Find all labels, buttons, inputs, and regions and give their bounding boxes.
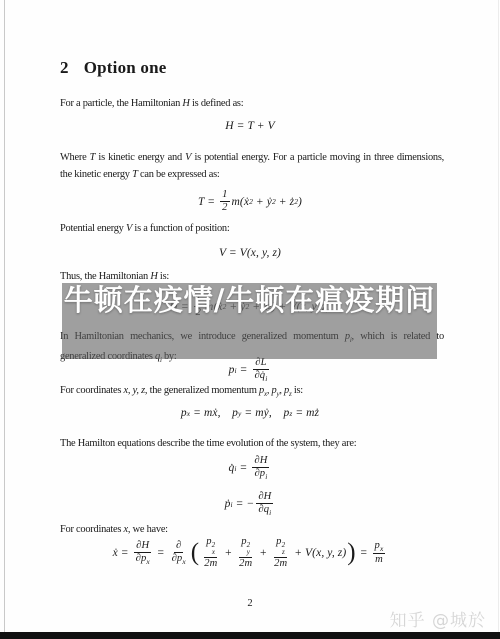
equation-hamiltonian-definition: H = T + V bbox=[58, 120, 442, 132]
watermark-overlay-text: 牛顿在疫情/牛顿在瘟疫期间 bbox=[62, 283, 437, 316]
section-number: 2 bbox=[60, 58, 69, 77]
section-heading: 2Option one bbox=[60, 59, 166, 77]
paragraph-potential-energy: Potential energy V is a function of posi… bbox=[60, 221, 444, 238]
equation-hamilton-qdot: q̇i = ∂H∂pi bbox=[58, 455, 442, 482]
equation-potential-energy: V = V(x, y, z) bbox=[58, 247, 442, 259]
paragraph-hamiltonian-intro: For a particle, the Hamiltonian H is def… bbox=[60, 96, 444, 113]
paragraph-coordinates-momentum: For coordinates x, y, z, the generalized… bbox=[60, 383, 444, 403]
bottom-black-bar bbox=[0, 632, 500, 639]
equation-kinetic-energy: T = 12m(ẋ2 + ẏ2 + ż2) bbox=[58, 189, 442, 214]
zhihu-watermark: 知乎 @城於 bbox=[390, 606, 486, 631]
page-right-edge-line bbox=[498, 0, 499, 639]
equation-hamilton-pdot: ṗi = −∂H∂qi bbox=[58, 491, 442, 518]
paragraph-kinetic-energy: Where T is kinetic energy and V is poten… bbox=[60, 150, 444, 183]
equation-generalized-momentum: pi = ∂L∂q̇i bbox=[58, 357, 442, 384]
paragraph-hamilton-equations: The Hamilton equations describe the time… bbox=[60, 436, 444, 453]
equation-momentum-xyz: px = mẋ, py = mẏ, pz = mż bbox=[58, 407, 442, 419]
section-title: Option one bbox=[84, 58, 167, 77]
document-page: 2Option one For a particle, the Hamilton… bbox=[0, 0, 500, 639]
equation-xdot-expansion: ẋ = ∂H∂px = ∂∂px(p2x2m + p2y2m + p2z2m +… bbox=[58, 536, 442, 570]
page-left-edge-line bbox=[4, 0, 5, 639]
watermark-overlay-banner: 牛顿在疫情/牛顿在瘟疫期间 bbox=[62, 283, 437, 359]
